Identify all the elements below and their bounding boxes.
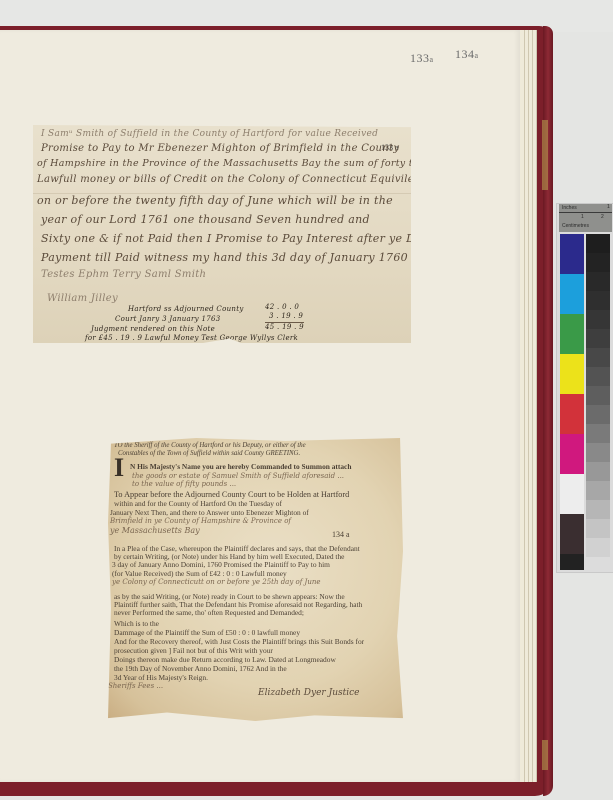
testes-line: Testes Ephm Terry Saml Smith [41, 269, 206, 280]
gilt-edge [542, 740, 548, 770]
witness-signature: William Jilley [47, 293, 118, 304]
sum-line: 3 . 19 . 9 [269, 312, 303, 320]
swatch-black [560, 554, 584, 570]
gray-step [586, 538, 610, 557]
tick-label: 1 [581, 214, 584, 220]
writ-line: TO the Sheriff of the County of Hartford… [114, 442, 306, 449]
writ-line: never Performed the same, tho' often Req… [114, 608, 304, 617]
note-line: I Samᵘ Smith of Suffield in the County o… [41, 129, 378, 139]
swatch-magenta [560, 434, 584, 474]
swatch-brown [560, 514, 584, 554]
note-line: year of our Lord 1761 one thousand Seven… [41, 213, 370, 226]
writ-line: within and for the County of Hartford On… [114, 499, 282, 508]
handwritten-line: Sheriffs Fees ... [108, 682, 163, 690]
ruler-line [559, 212, 612, 213]
note-line: Lawfull money or bills of Credit on the … [37, 174, 457, 185]
handwritten-line: to the value of fifty pounds ... [132, 480, 236, 488]
annotation-line: Court Janry 3 January 1763 [115, 315, 220, 323]
gray-step [586, 481, 610, 500]
page-number-134: 134a [455, 47, 479, 62]
color-calibration-target: Inches 1 1 2 Centimetres [556, 203, 613, 573]
writ-line: Doings thereon make due Return according… [114, 655, 336, 664]
writ-line: prosecution given ] Fail not but of this… [114, 646, 273, 655]
gray-step [586, 519, 610, 538]
swatch-red [560, 394, 584, 434]
annotation-line: Hartford ss Adjourned County [128, 305, 244, 313]
tick-label: 1 [607, 204, 610, 210]
writ-line: 3d Year of His Majesty's Reign. [114, 673, 208, 682]
swatch-white [560, 474, 584, 514]
writ-line: Which is to the [114, 619, 159, 628]
drop-cap: I [114, 453, 124, 483]
writ-line: Dammage of the Plaintiff the Sum of £50 … [114, 628, 300, 637]
note-line: on or before the twenty fifth day of Jun… [37, 194, 393, 207]
gray-step [586, 424, 610, 443]
sum-line: 45 . 19 . 9 [265, 322, 304, 331]
writ-line: To Appear before the Adjourned County Co… [114, 490, 349, 499]
note-line: of Hampshire in the Province of the Mass… [37, 158, 427, 169]
signature: Elizabeth Dyer Justice [258, 688, 359, 698]
centimetres-label: Centimetres [562, 223, 589, 229]
writ-document: I TO the Sheriff of the County of Hartfo… [108, 438, 403, 721]
gray-step [586, 253, 610, 272]
handwritten-line: Brimfield in ye County of Hampshire & Pr… [110, 517, 291, 525]
gray-step [586, 234, 610, 253]
gray-step [586, 272, 610, 291]
handwritten-line: ye Massachusetts Bay [110, 526, 200, 535]
swatch-green [560, 314, 584, 354]
note-line: Sixty one & if not Paid then I Promise t… [41, 232, 444, 245]
page-number-133: 133a [410, 51, 434, 66]
gray-step [586, 367, 610, 386]
writ-line: (for Value Received) the Sum of £42 : 0 … [112, 569, 287, 578]
writ-line: January Next Then, and there to Answer u… [110, 508, 309, 517]
gray-step [586, 386, 610, 405]
ref-label: 134 a [332, 530, 350, 539]
ruler-header: Inches 1 1 2 Centimetres [559, 204, 612, 232]
writ-line: 3 day of January Anno Domini, 1760 Promi… [112, 560, 330, 569]
page-edge [520, 30, 525, 782]
gray-step [586, 348, 610, 367]
swatch-blue [560, 234, 584, 274]
writ-line: Constables of the Town of Suffield withi… [118, 450, 300, 457]
promissory-note: 133 a I Samᵘ Smith of Suffield in the Co… [33, 125, 411, 343]
gray-step [586, 500, 610, 519]
gray-step [586, 329, 610, 348]
gray-step [586, 557, 610, 570]
gray-step [586, 405, 610, 424]
inches-label: Inches [562, 205, 577, 211]
writ-line: And for the Recovery thereof, with Just … [114, 637, 364, 646]
tick-label: 2 [601, 214, 604, 220]
note-line: Payment till Paid witness my hand this 3… [41, 251, 408, 264]
swatch-cyan [560, 274, 584, 314]
gilt-edge [542, 120, 548, 190]
writ-line: the 19th Day of November Anno Domini, 17… [114, 664, 287, 673]
handwritten-line: ye Colony of Connecticutt on or before y… [112, 578, 321, 586]
handwritten-line: the goods or estate of Samuel Smith of S… [132, 472, 344, 480]
annotation-line: for £45 . 19 . 9 Lawful Money Test Georg… [85, 334, 298, 342]
writ-line: N His Majesty's Name you are hereby Comm… [130, 462, 351, 471]
gray-step [586, 310, 610, 329]
gray-step [586, 443, 610, 462]
note-line: Promise to Pay to Mr Ebenezer Mighton of… [41, 143, 399, 154]
sum-line: 42 . 0 . 0 [265, 303, 299, 311]
swatch-yellow [560, 354, 584, 394]
gray-step [586, 291, 610, 310]
annotation-line: Judgment rendered on this Note [91, 325, 215, 333]
gray-step [586, 462, 610, 481]
